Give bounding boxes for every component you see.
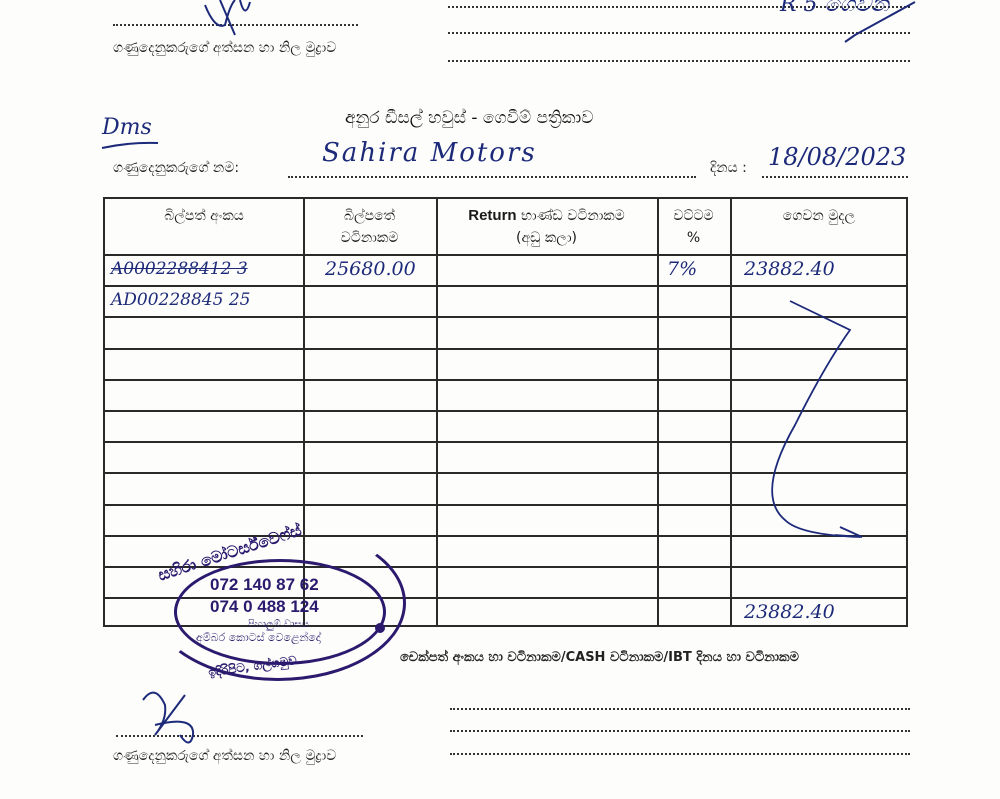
stamp-line-1: පිහාලුම් වාසය (248, 619, 309, 630)
column-header-label: වට්ටම (657, 205, 730, 227)
customer-name-value: Sahira Motors (322, 138, 537, 168)
cell-bill-value: 25680.00 (303, 254, 436, 285)
column-header-paid-amount: ගෙවන මුදල (730, 199, 908, 254)
cell-bill-no: A0002288412 3 (105, 254, 303, 285)
cell-return-value (436, 379, 657, 410)
payment-method-label: චෙක්පත් අංකය හා වටිනාකම/CASH වටිනාකම/IBT… (400, 650, 799, 665)
cell-discount (657, 379, 730, 410)
payment-line-1 (450, 708, 910, 710)
cell-bill-no (105, 472, 303, 503)
check-mark (835, 0, 925, 45)
cell-discount (657, 316, 730, 347)
cell-discount (657, 504, 730, 535)
column-header-label: ගෙවන මුදල (730, 205, 908, 227)
column-header-bill-value: බිල්පතේ වටිනාකම (303, 199, 436, 254)
column-header-bill-no: බිල්පත් අංකය (105, 199, 303, 254)
stamp-phone-2: 074 0 488 124 (210, 597, 319, 617)
cell-return-value (436, 504, 657, 535)
cell-bill-no (105, 316, 303, 347)
column-header-sub: % (657, 227, 730, 249)
cell-bill-value (303, 410, 436, 441)
cell-paid: 23882.40 (730, 597, 908, 628)
column-header-return-value: Return භාණ්ඩ වටිනාකම (අඩු කලා) (436, 199, 657, 254)
cell-bill-value (303, 379, 436, 410)
cell-return-value (436, 285, 657, 316)
handwritten-arrow (740, 295, 920, 540)
cell-bill-value (303, 285, 436, 316)
cell-bill-value (303, 472, 436, 503)
cell-return-value (436, 410, 657, 441)
cell-return-value (436, 254, 657, 285)
signature-mark-top (190, 0, 260, 40)
cell-discount (657, 535, 730, 566)
cell-discount (657, 472, 730, 503)
column-header-label: බිල්පතේ වටිනාකම (335, 205, 405, 249)
stamp-line-2: අම්බර කොටස් වෙළෙන්දෝ (196, 631, 321, 645)
cell-paid: 23882.40 (730, 254, 908, 285)
company-stamp: සහිරා මෝටර්ස්වෙෆ්ස් 072 140 87 62 074 0 … (160, 535, 400, 675)
margin-note-underline (100, 140, 160, 150)
column-header-label: භාණ්ඩ වටිනාකම (521, 208, 625, 224)
margin-note: Dms (102, 115, 152, 140)
cell-return-value (436, 535, 657, 566)
payment-line-2 (450, 730, 910, 732)
customer-name-line (288, 176, 696, 178)
date-line (762, 176, 908, 178)
cell-bill-no (105, 410, 303, 441)
cell-discount: 7% (657, 254, 730, 285)
stamp-phone-1: 072 140 87 62 (210, 575, 319, 595)
signature-mark-bottom (135, 685, 225, 755)
cell-discount (657, 410, 730, 441)
column-header-label: බිල්පත් අංකය (105, 205, 303, 227)
stamp-dot (375, 623, 385, 633)
cell-return-value (436, 316, 657, 347)
cell-discount (657, 441, 730, 472)
cell-return-value (436, 472, 657, 503)
cell-bill-no (105, 441, 303, 472)
cell-bill-value (303, 441, 436, 472)
date-label: දිනය : (710, 160, 747, 176)
page-title: අනුර ඩීසල් හවුස් - ගෙවීම් පත්‍රිකාව (345, 108, 593, 128)
date-value: 18/08/2023 (768, 143, 906, 171)
column-header-label-en: Return (468, 207, 516, 224)
cell-return-value (436, 597, 657, 628)
cell-bill-value (303, 348, 436, 379)
cell-paid (730, 566, 908, 597)
customer-name-label: ගණුදෙනුකරුගේ නම: (113, 160, 239, 176)
cell-return-value (436, 441, 657, 472)
cell-return-value (436, 566, 657, 597)
cell-discount (657, 597, 730, 628)
cell-return-value (436, 348, 657, 379)
cell-bill-value (303, 316, 436, 347)
cell-discount (657, 348, 730, 379)
cell-bill-no (105, 348, 303, 379)
payment-line-3 (450, 753, 910, 755)
column-header-sub: (අඩු කලා) (436, 227, 657, 249)
signature-label-top: ගණුදෙනුකරුගේ අත්සන හා නිල මුද්‍රාව (113, 40, 336, 56)
column-header-discount: වට්ටම % (657, 199, 730, 254)
cell-discount (657, 285, 730, 316)
dotted-line-top-3 (448, 60, 910, 62)
cell-bill-no (105, 379, 303, 410)
cell-discount (657, 566, 730, 597)
cell-bill-no: AD00228845 25 (105, 285, 303, 316)
